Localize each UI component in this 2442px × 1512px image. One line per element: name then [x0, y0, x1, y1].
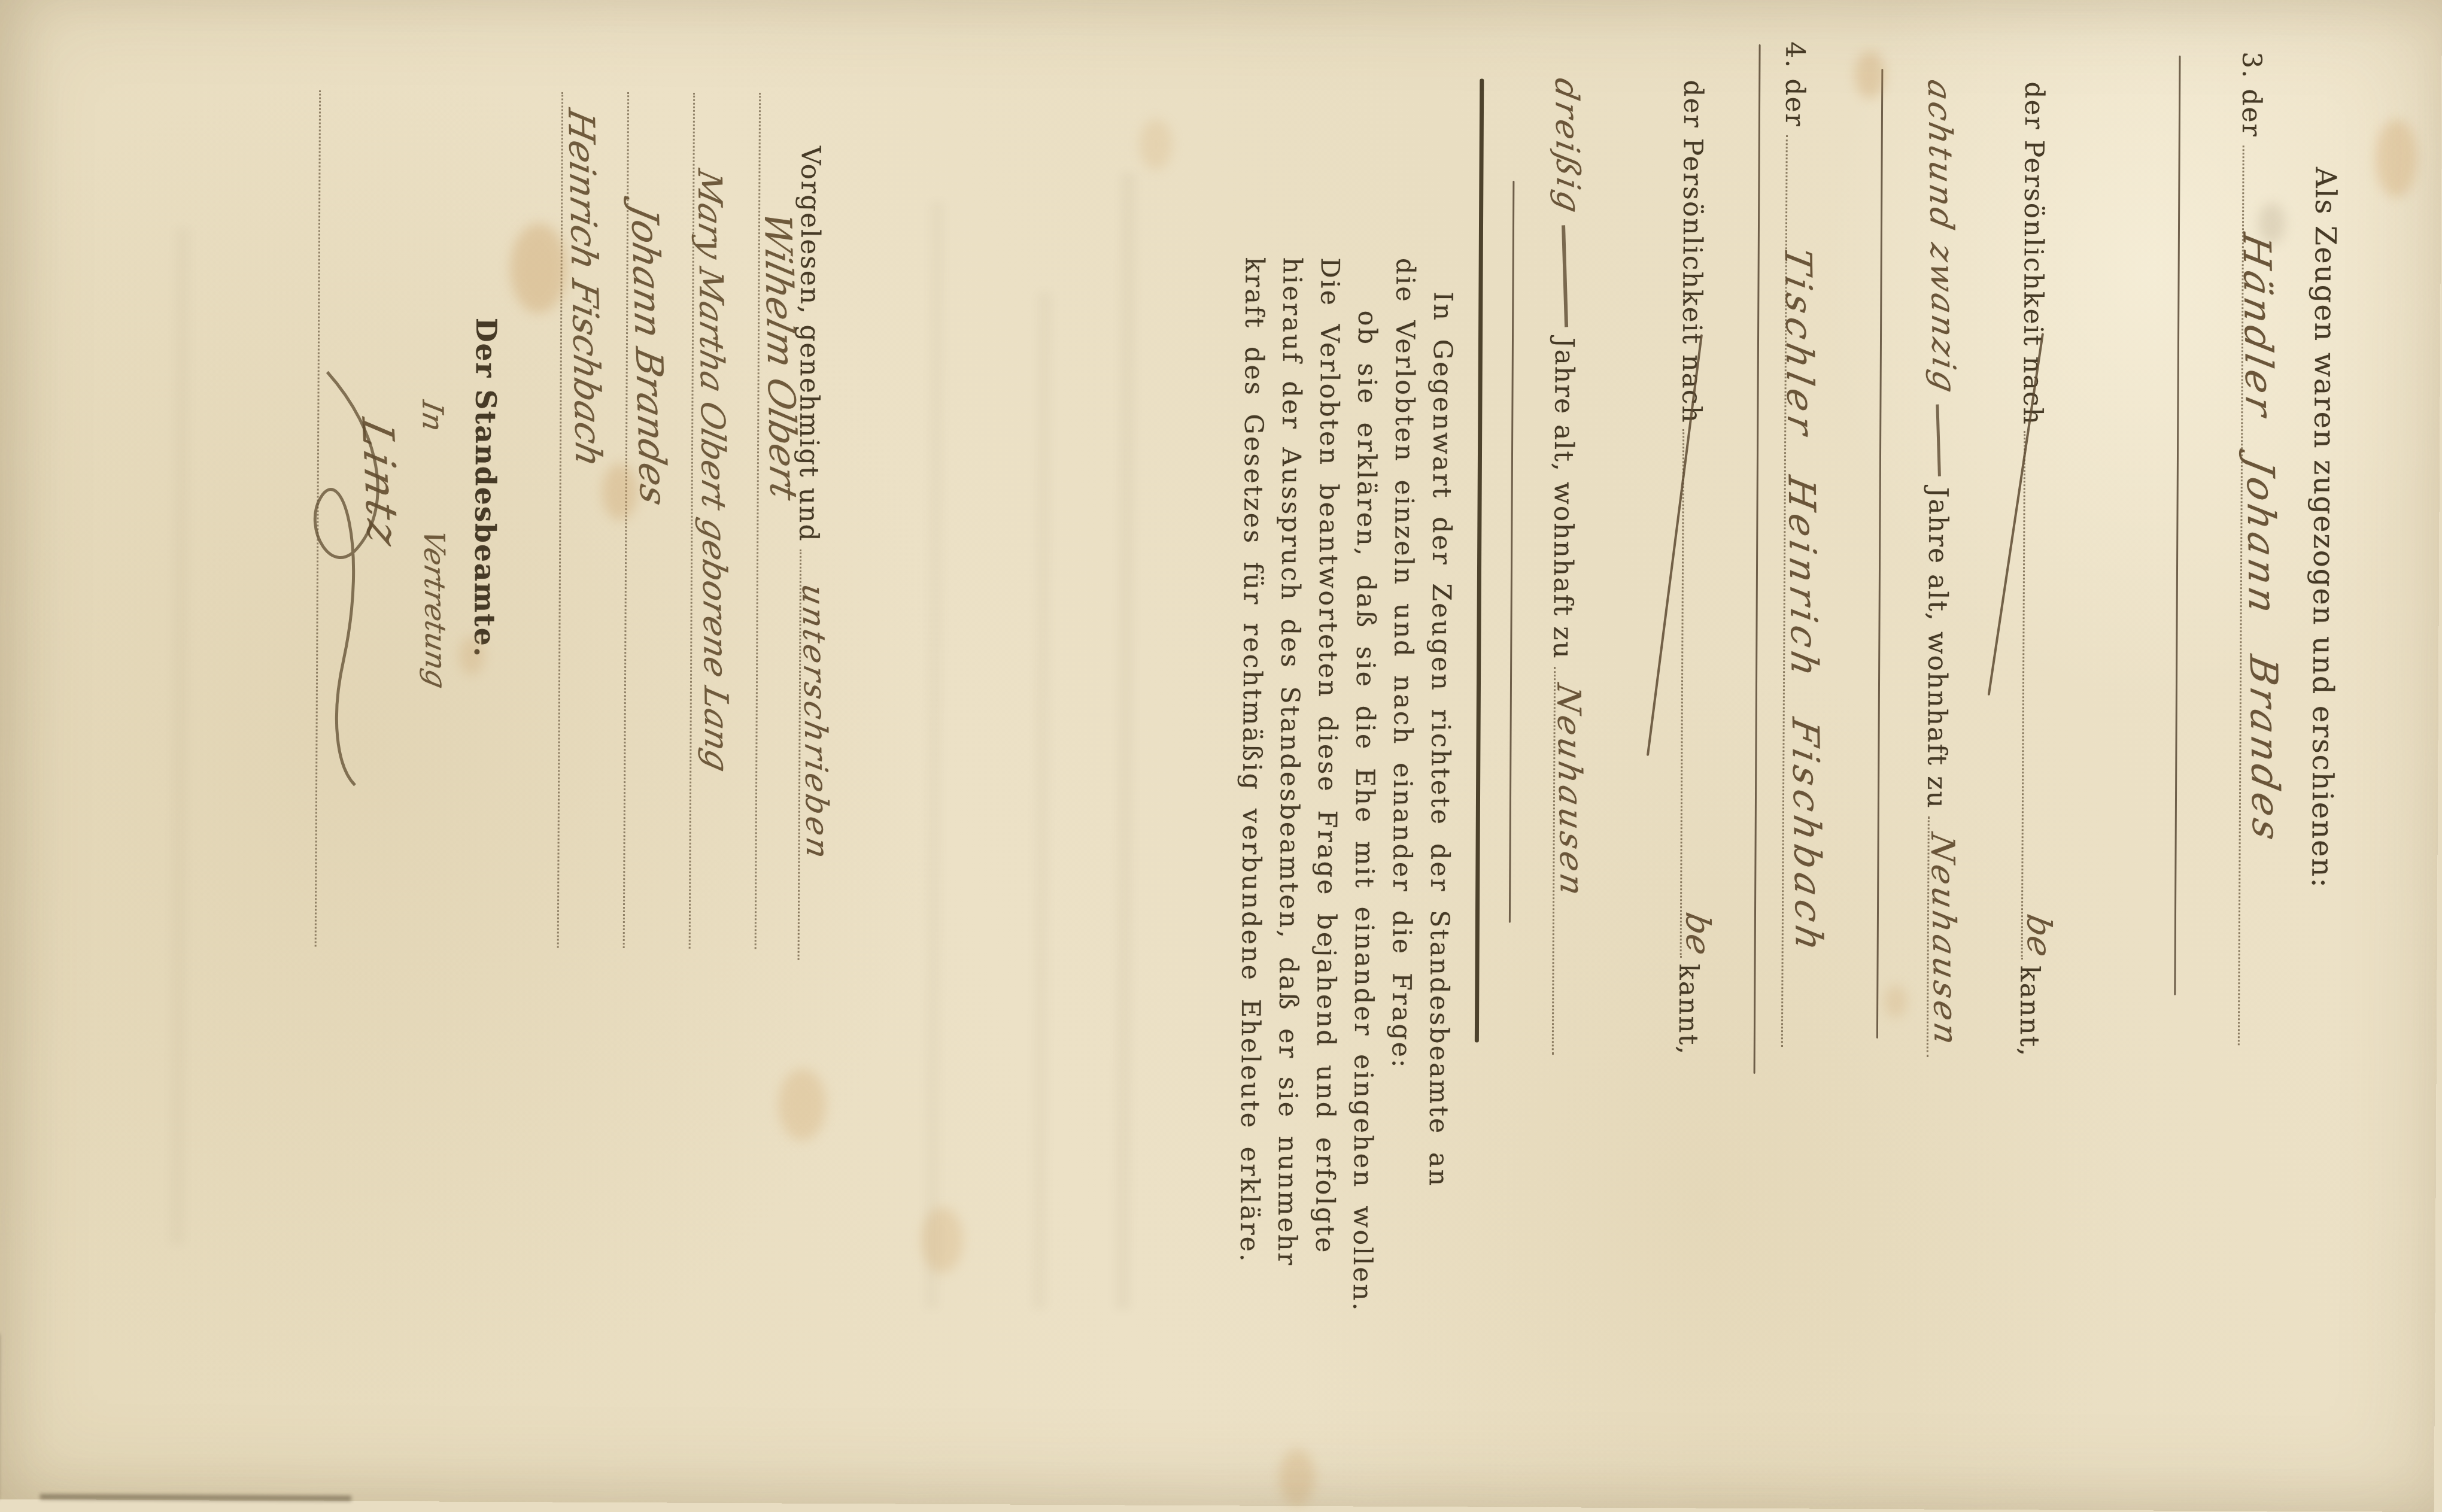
- witness3-name-handwritten: Händler Johann Brandes: [2234, 230, 2288, 847]
- paper-stain: [510, 223, 567, 313]
- declaration-line: In Gegenwart der Zeugen richtete der Sta…: [1423, 292, 1458, 1188]
- witness3-residence-leader: Neuhausen: [1927, 816, 1956, 1057]
- witness4-personality-handwritten: be: [1678, 909, 1717, 958]
- rule-line: [2174, 56, 2180, 995]
- witness3-personality-handwritten: be: [2019, 911, 2058, 960]
- page-edge-shadow: [40, 1494, 351, 1501]
- witness3-personality-row: der Persönlichkeit nach be kannt,: [2014, 81, 2054, 1057]
- witness4-name-leader: Tischler Heinrich Fischbach: [1781, 135, 1814, 1047]
- paper-stain: [1279, 1449, 1315, 1505]
- paper-stain: [1855, 51, 1885, 99]
- witness3-age-label: Jahre alt, wohnhaft zu: [1921, 487, 1954, 809]
- officiant-deputy-note: In Vertretung: [415, 398, 452, 691]
- paper-stain: [2375, 119, 2417, 197]
- witness4-personality-label: der Persönlichkeit nach: [1676, 80, 1708, 424]
- paper-stain: [1139, 119, 1172, 170]
- witness3-personality-suffix: kannt,: [2014, 966, 2045, 1058]
- verso-ghosting: [925, 202, 945, 1309]
- rule-line: [1509, 181, 1514, 923]
- witness3-age-row: achtund zwanzig Jahre alt, wohnhaft zu N…: [1919, 81, 1962, 1056]
- witness3-personality-label: der Persönlichkeit nach: [2017, 81, 2049, 426]
- witness4-age-label: Jahre alt, wohnhaft zu: [1547, 338, 1580, 660]
- witness4-name-handwritten: Tischler Heinrich Fischbach: [1776, 244, 1831, 960]
- declaration-line: die Verlobten einzeln und nach einander …: [1386, 258, 1420, 1070]
- officiant-signature-flourish: [277, 348, 417, 803]
- witness3-age-handwritten: achtund zwanzig: [1921, 77, 1963, 398]
- scanned-document: Als Zeugen waren zugezogen und erschiene…: [0, 0, 2442, 1512]
- witness3-prefix: 3. der: [2236, 51, 2267, 137]
- witness3-residence-handwritten: Neuhausen: [1924, 830, 1964, 1051]
- heading-text: Als Zeugen waren zugezogen und erschiene…: [2305, 167, 2342, 889]
- vorgelesen-handwritten: unterschrieben: [795, 581, 835, 864]
- verso-ghosting: [1032, 292, 1052, 1310]
- verso-ghosting: [1115, 172, 1137, 1310]
- rule-line: [1876, 69, 1883, 1039]
- verso-ghosting: [169, 227, 190, 1245]
- witness4-residence-leader: Neuhausen: [1552, 667, 1582, 1055]
- registry-form-page: Als Zeugen waren zugezogen und erschiene…: [0, 0, 2442, 1512]
- form-heading: Als Zeugen waren zugezogen und erschiene…: [2305, 167, 2342, 889]
- declaration-line: ob sie erklären, daß sie die Ehe mit ein…: [1347, 310, 1382, 1312]
- pen-dash: [1562, 225, 1568, 327]
- paper-stain: [921, 1207, 964, 1273]
- witness4-age-handwritten: dreißig: [1548, 75, 1587, 218]
- witness4-personality-leader: be: [1680, 430, 1711, 958]
- declaration-line: kraft des Gesetzes für rechtmäßig verbun…: [1234, 257, 1269, 1263]
- declaration-line: Die Verlobten beantworteten diese Frage …: [1310, 257, 1345, 1255]
- pen-dash: [1936, 405, 1941, 476]
- witness4-prefix: 4. der: [1779, 41, 1811, 127]
- vorgelesen-leader: unterschrieben: [798, 549, 828, 960]
- signature-witness4: Heinrich Fischbach: [560, 105, 609, 471]
- signature-witness3: Johann Brandes: [622, 201, 675, 509]
- officiant-title: Der Standesbeamte.: [467, 318, 502, 658]
- declaration-line: hierauf der Ausspruch des Standesbeamten…: [1272, 257, 1307, 1267]
- section-divider: [1475, 79, 1484, 1043]
- witness4-personality-row: der Persönlichkeit nach be kannt,: [1673, 80, 1713, 1055]
- paper-stain: [1884, 985, 1907, 1018]
- witness4-age-row: dreißig Jahre alt, wohnhaft zu Neuhausen: [1544, 79, 1587, 1055]
- witness3-personality-leader: be: [2021, 432, 2052, 960]
- signature-bride: Mary Martha Olbert geborene Lang: [691, 166, 736, 776]
- signature-groom: Wilhelm Olbert: [756, 208, 806, 504]
- witness4-residence-handwritten: Neuhausen: [1550, 681, 1590, 901]
- witness4-name-row: 4. der Tischler Heinrich Fischbach: [1775, 41, 1815, 1047]
- rule-line: [1754, 44, 1761, 1074]
- witness3-name-row: 3. der Händler Johann Brandes: [2231, 51, 2271, 1045]
- witness3-name-leader: Händler Johann Brandes: [2238, 145, 2271, 1045]
- witness4-personality-suffix: kannt,: [1673, 964, 1704, 1056]
- paper-stain: [778, 1068, 827, 1140]
